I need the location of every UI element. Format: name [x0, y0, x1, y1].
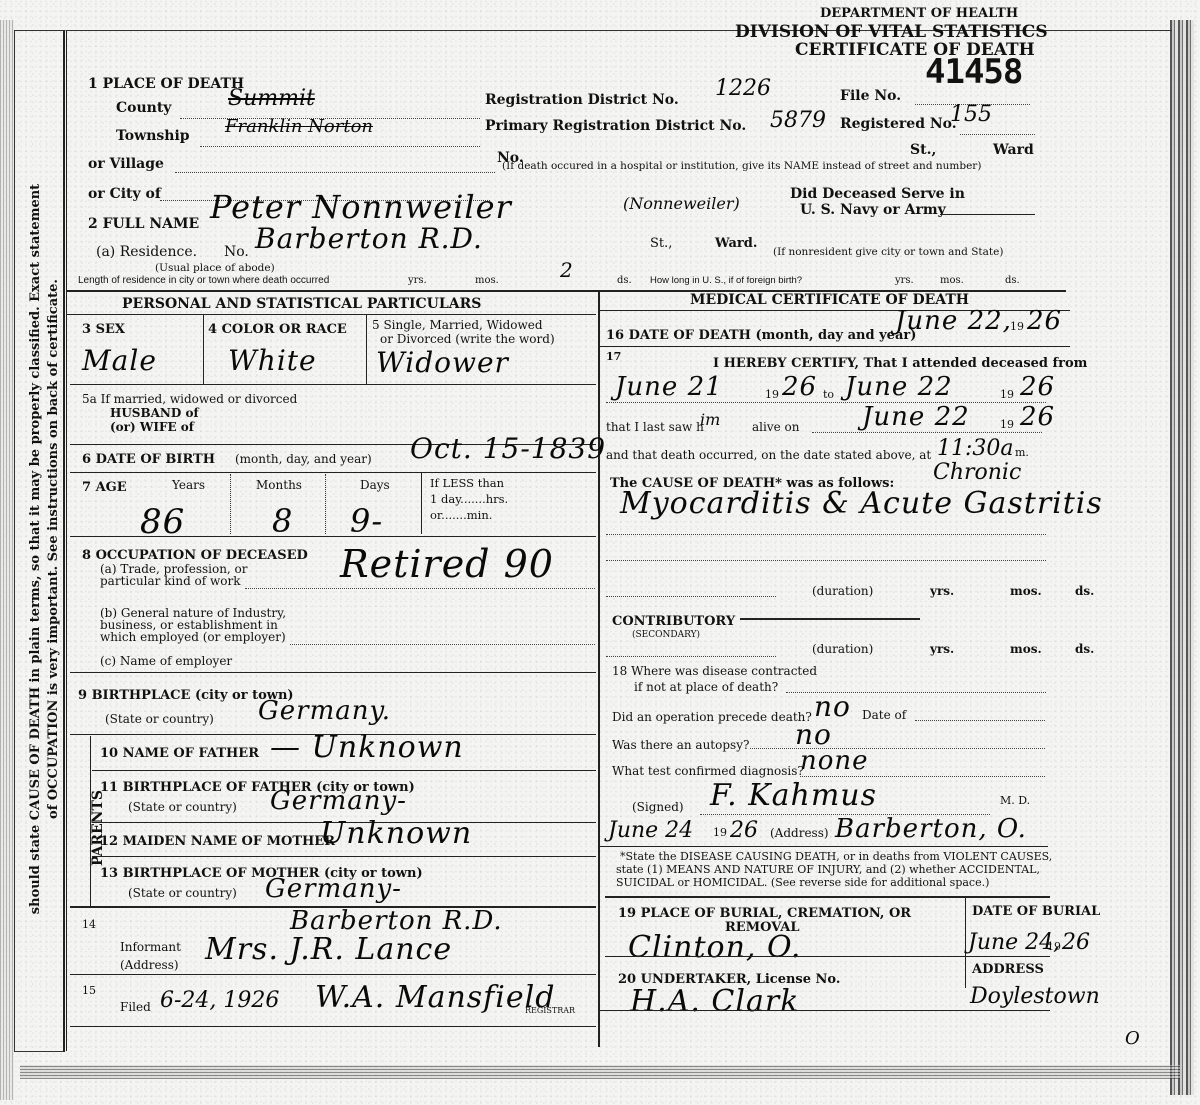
duration-ds-1: ds.: [1075, 584, 1094, 598]
sex-label: 3 SEX: [82, 322, 125, 337]
last-saw-year-prefix: 19: [1000, 418, 1014, 431]
burial-year-prefix: 19: [1047, 940, 1061, 953]
city-label: or City of: [88, 186, 161, 202]
date-of-death-year: 26: [1027, 306, 1062, 336]
test-value: none: [800, 746, 869, 776]
duration-yrs-1: yrs.: [930, 584, 954, 598]
last-saw-label: that I last saw h: [606, 420, 704, 434]
county-value: Summit: [228, 86, 315, 111]
filed-number: 15: [82, 984, 96, 997]
alive-on-label: alive on: [752, 420, 799, 434]
disease-contracted-label-2: if not at place of death?: [634, 680, 778, 694]
registrar-label: REGISTRAR: [525, 1006, 575, 1015]
cause-of-death-value-1: Chronic: [933, 460, 1021, 485]
father-name-value: — Unknown: [270, 730, 464, 765]
date-of-death-year-prefix: 19: [1010, 320, 1024, 333]
side-instructions: should state CAUSE OF DEATH in plain ter…: [14, 30, 65, 1052]
county-label: County: [116, 100, 171, 116]
attended-from-year-prefix: 19: [765, 388, 779, 401]
full-name-label: 2 FULL NAME: [88, 216, 199, 232]
father-birthplace-value: Germany-: [270, 786, 407, 816]
spouse-label-1: 5a If married, widowed or divorced: [82, 392, 297, 406]
primary-registration-label: Primary Registration District No.: [485, 118, 746, 134]
military-label-1: Did Deceased Serve in: [790, 186, 965, 202]
us-residence-label: How long in U. S., if of foreign birth?: [650, 275, 802, 286]
residence-value: Barberton R.D.: [255, 222, 483, 255]
occupation-a-label-2: particular kind of work: [100, 574, 241, 588]
registrar-signature: W.A. Mansfield: [315, 980, 555, 1015]
date-of-death-label: 16 DATE OF DEATH (month, day and year): [606, 328, 916, 343]
attended-to-value: June 22: [845, 372, 953, 402]
secondary-label: (SECONDARY): [632, 630, 700, 640]
birthplace-state-label: (State or country): [105, 712, 214, 726]
duration-label-2: (duration): [812, 642, 873, 656]
mother-birthplace-state-label: (State or country): [128, 886, 237, 900]
full-name-alt: (Nonneweiler): [623, 194, 740, 213]
last-saw-pronoun: im: [700, 410, 720, 429]
length-ds-label: ds.: [617, 275, 632, 286]
father-birthplace-state-label: (State or country): [128, 800, 237, 814]
months-value: 8: [272, 502, 293, 540]
marital-label-2: or Divorced (write the word): [380, 332, 555, 346]
hospital-note: (If death occured in a hospital or insti…: [502, 160, 981, 172]
undertaker-address-label: ADDRESS: [972, 962, 1044, 977]
village-label: or Village: [88, 156, 164, 172]
years-label: Years: [172, 478, 205, 492]
death-time-value: 11:30a: [937, 436, 1014, 461]
certificate-page: should state CAUSE OF DEATH in plain ter…: [0, 0, 1200, 1105]
operation-date-label: Date of: [862, 708, 906, 722]
race-value: White: [228, 344, 317, 377]
attended-from-year: 26: [782, 372, 817, 402]
signed-date-value: June 24: [608, 818, 693, 843]
township-label: Township: [116, 128, 190, 144]
footnote-line-2: state (1) MEANS AND NATURE OF INJURY, an…: [616, 863, 1040, 876]
primary-registration-value: 5879: [770, 108, 826, 133]
death-time-suffix: m.: [1015, 446, 1029, 459]
length-mos-label: mos.: [475, 275, 499, 286]
physician-address-value: Barberton, O.: [835, 814, 1027, 844]
undertaker-address-value: Doylestown: [970, 984, 1100, 1009]
sex-value: Male: [82, 344, 157, 377]
birthplace-value: Germany.: [258, 696, 391, 726]
attended-to-year: 26: [1020, 372, 1055, 402]
undertaker-address-suffix: O: [1125, 1028, 1140, 1049]
full-name-value: Peter Nonnweiler: [210, 188, 512, 226]
spouse-label-2: HUSBAND of: [110, 406, 199, 420]
duration-mos-1: mos.: [1010, 584, 1042, 598]
race-label: 4 COLOR OR RACE: [208, 322, 347, 337]
footnote-line-3: SUICIDAL or HOMICIDAL. (See reverse side…: [616, 876, 989, 889]
days-value: 9-: [350, 502, 383, 540]
undertaker-value: H.A. Clark: [630, 984, 799, 1019]
length-residence-label: Length of residence in city or town wher…: [78, 275, 329, 286]
side-instruction-text: should state CAUSE OF DEATH in plain ter…: [27, 49, 63, 1049]
residence-st-label: St.,: [650, 236, 672, 251]
footnote-line-1: *State the DISEASE CAUSING DEATH, or in …: [620, 850, 1052, 863]
autopsy-label: Was there an autopsy?: [612, 738, 749, 752]
age-label: 7 AGE: [82, 480, 127, 495]
informant-address-label: (Address): [120, 958, 179, 972]
abode-note: (Usual place of abode): [155, 262, 275, 274]
duration-ds-2: ds.: [1075, 642, 1094, 656]
months-label: Months: [256, 478, 302, 492]
signed-label: (Signed): [632, 800, 684, 814]
nonresident-note: (If nonresident give city or town and St…: [773, 246, 1003, 258]
department-label: DEPARTMENT OF HEALTH: [820, 6, 1018, 21]
informant-value: Mrs. J.R. Lance: [205, 932, 452, 967]
place-of-death-label: 1 PLACE OF DEATH: [88, 76, 244, 92]
street-ward-label: Ward: [993, 142, 1034, 158]
right-edge-stack: [1170, 20, 1194, 1095]
registration-district-value: 1226: [715, 76, 771, 101]
attended-from-value: June 21: [615, 372, 723, 402]
length-yrs-label: yrs.: [408, 275, 427, 286]
operation-label: Did an operation precede death?: [612, 710, 812, 724]
division-label: DIVISION OF VITAL STATISTICS: [735, 22, 1048, 42]
duration-label-1: (duration): [812, 584, 873, 598]
cause-of-death-value-2: Myocarditis & Acute Gastritis: [620, 486, 1103, 521]
signed-year: 26: [730, 818, 758, 843]
burial-year: 26: [1062, 930, 1090, 955]
last-saw-year: 26: [1020, 402, 1055, 432]
occupation-label: 8 OCCUPATION OF DECEASED: [82, 548, 308, 563]
certificate-number: 41458: [925, 52, 1022, 92]
physician-address-label: (Address): [770, 826, 829, 840]
burial-date-label: DATE OF BURIAL: [972, 904, 1100, 919]
filed-value: 6-24, 1926: [160, 988, 279, 1013]
registered-no-label: Registered No.: [840, 116, 957, 132]
certify-statement: I HEREBY CERTIFY, That I attended deceas…: [713, 356, 1087, 371]
left-edge-texture: [0, 20, 14, 1100]
less-hrs-label: 1 day.......hrs.: [430, 492, 508, 506]
us-mos-label: mos.: [940, 275, 964, 286]
last-saw-value: June 22: [862, 402, 970, 432]
bottom-edge-texture: [20, 1065, 1180, 1079]
contributory-label: CONTRIBUTORY: [612, 614, 735, 629]
attended-to-label: to: [823, 388, 834, 401]
burial-place-value: Clinton, O.: [628, 930, 801, 965]
spouse-label-3: (or) WIFE of: [110, 420, 194, 434]
disease-contracted-label-1: 18 Where was disease contracted: [612, 664, 817, 678]
item-17-number: 17: [606, 350, 621, 363]
dob-hint: (month, day, and year): [235, 452, 372, 466]
residence-ward-label: Ward.: [715, 236, 757, 251]
death-time-label: and that death occurred, on the date sta…: [606, 448, 931, 462]
md-label: M. D.: [1000, 794, 1030, 807]
occupation-c-label: (c) Name of employer: [100, 654, 232, 668]
duration-yrs-2: yrs.: [930, 642, 954, 656]
marital-label-1: 5 Single, Married, Widowed: [372, 318, 543, 332]
attended-to-year-prefix: 19: [1000, 388, 1014, 401]
occupation-value: Retired 90: [340, 542, 554, 586]
military-label-2: U. S. Navy or Army: [800, 202, 946, 218]
dob-label: 6 DATE OF BIRTH: [82, 452, 215, 467]
mother-name-label: 12 MAIDEN NAME OF MOTHER: [100, 834, 335, 849]
signed-year-prefix: 19: [713, 826, 727, 839]
test-label: What test confirmed diagnosis?: [612, 764, 804, 778]
parents-label: PARENTS: [90, 790, 106, 866]
date-of-death-value: June 22,: [895, 306, 1012, 336]
residence-label: (a) Residence.: [96, 244, 197, 260]
filed-label: Filed: [120, 1000, 151, 1014]
length-ds-value: 2: [560, 258, 573, 282]
informant-number: 14: [82, 918, 96, 931]
physician-signature: F. Kahmus: [710, 778, 877, 813]
occupation-b-label-3: which employed (or employer): [100, 630, 286, 644]
marital-value: Widower: [376, 346, 509, 379]
us-yrs-label: yrs.: [895, 275, 914, 286]
mother-birthplace-value: Germany-: [265, 874, 402, 904]
father-name-label: 10 NAME OF FATHER: [100, 746, 259, 761]
registration-district-label: Registration District No.: [485, 92, 679, 108]
duration-mos-2: mos.: [1010, 642, 1042, 656]
mother-name-value: Unknown: [320, 816, 472, 851]
dob-value: Oct. 15-1839: [410, 432, 606, 465]
burial-place-label: 19 PLACE OF BURIAL, CREMATION, OR: [618, 906, 911, 921]
less-min-label: or.......min.: [430, 508, 492, 522]
less-than-label: If LESS than: [430, 476, 504, 490]
file-no-label: File No.: [840, 88, 901, 104]
personal-section-title: PERSONAL AND STATISTICAL PARTICULARS: [122, 296, 481, 312]
days-label: Days: [360, 478, 390, 492]
township-value: Franklin Norton: [225, 116, 373, 137]
us-ds-label: ds.: [1005, 275, 1020, 286]
registered-no-value: 155: [950, 102, 992, 127]
informant-label: Informant: [120, 940, 181, 954]
residence-no-label: No.: [224, 244, 249, 260]
street-st-label: St.,: [910, 142, 936, 158]
